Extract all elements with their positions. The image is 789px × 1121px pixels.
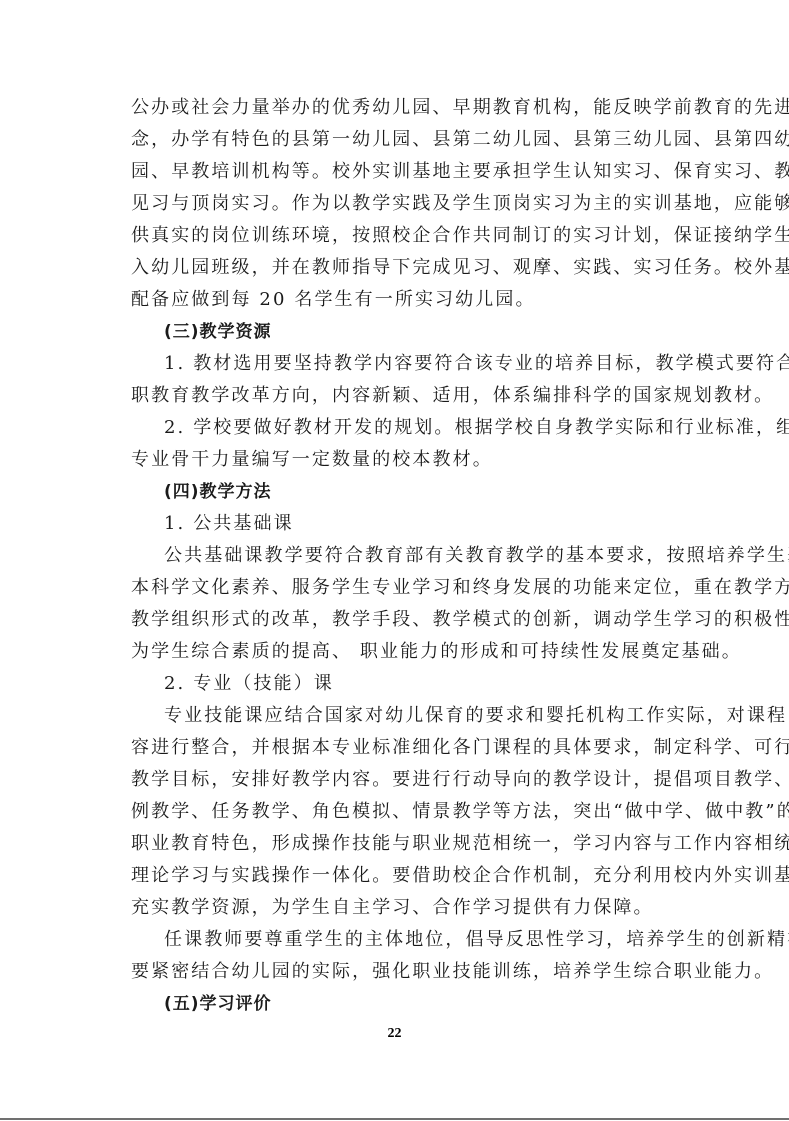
paragraph-line: 公共基础课教学要符合教育部有关教育教学的基本要求，按照培养学生基 [131,540,675,572]
section-heading-teaching-methods: (四)教学方法 [131,476,675,508]
paragraph-line: 容进行整合，并根据本专业标准细化各门课程的具体要求，制定科学、可行的 [131,732,675,764]
section-heading-teaching-resources: (三)教学资源 [131,316,675,348]
paragraph-line: 入幼儿园班级，并在教师指导下完成见习、观摩、实践、实习任务。校外基地 [131,252,675,284]
paragraph-line: 2. 学校要做好教材开发的规划。根据学校自身教学实际和行业标准，组织 [131,412,675,444]
paragraph-line: 公办或社会力量举办的优秀幼儿园、早期教育机构，能反映学前教育的先进理 [131,92,675,124]
page-bottom-divider [0,1118,789,1120]
paragraph-line: 例教学、任务教学、角色模拟、情景教学等方法，突出“做中学、做中教”的 [131,796,675,828]
paragraph-line: 职业教育特色，形成操作技能与职业规范相统一，学习内容与工作内容相统一， [131,828,675,860]
paragraph-line: 1. 教材选用要坚持教学内容要符合该专业的培养目标，教学模式要符合中 [131,348,675,380]
paragraph-line: 供真实的岗位训练环境，按照校企合作共同制订的实习计划，保证接纳学生进 [131,220,675,252]
paragraph-line: 见习与顶岗实习。作为以教学实践及学生顶岗实习为主的实训基地，应能够提 [131,188,675,220]
document-page-body: 公办或社会力量举办的优秀幼儿园、早期教育机构，能反映学前教育的先进理 念，办学有… [131,92,675,1020]
paragraph-line: 专业技能课应结合国家对幼儿保育的要求和婴托机构工作实际，对课程内 [131,700,675,732]
page-number: 22 [0,1026,789,1042]
paragraph-line: 为学生综合素质的提高、 职业能力的形成和可持续性发展奠定基础。 [131,636,675,668]
subheading-professional-skills-courses: 2. 专业（技能）课 [131,668,675,700]
paragraph-line: 教学目标，安排好教学内容。要进行行动导向的教学设计，提倡项目教学、案 [131,764,675,796]
subheading-public-basic-courses: 1. 公共基础课 [131,508,675,540]
paragraph-line: 理论学习与实践操作一体化。要借助校企合作机制，充分利用校内外实训基地， [131,860,675,892]
paragraph-line: 任课教师要尊重学生的主体地位，倡导反思性学习，培养学生的创新精神， [131,924,675,956]
paragraph-line: 要紧密结合幼儿园的实际，强化职业技能训练，培养学生综合职业能力。 [131,956,675,988]
section-heading-learning-evaluation: (五)学习评价 [131,988,675,1020]
paragraph-line: 本科学文化素养、服务学生专业学习和终身发展的功能来定位，重在教学方法、 [131,572,675,604]
paragraph-line: 充实教学资源，为学生自主学习、合作学习提供有力保障。 [131,892,675,924]
paragraph-line: 园、早教培训机构等。校外实训基地主要承担学生认知实习、保育实习、教育 [131,156,675,188]
paragraph-line: 念，办学有特色的县第一幼儿园、县第二幼儿园、县第三幼儿园、县第四幼儿 [131,124,675,156]
paragraph-line: 教学组织形式的改革，教学手段、教学模式的创新，调动学生学习的积极性， [131,604,675,636]
paragraph-line: 专业骨干力量编写一定数量的校本教材。 [131,444,675,476]
paragraph-line: 配备应做到每 20 名学生有一所实习幼儿园。 [131,284,675,316]
paragraph-line: 职教育教学改革方向，内容新颖、适用，体系编排科学的国家规划教材。 [131,380,675,412]
